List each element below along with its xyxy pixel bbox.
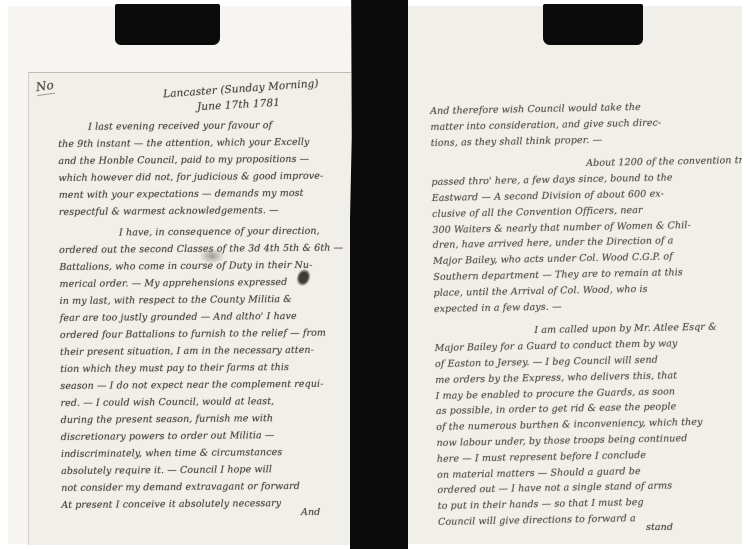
paragraph: And therefore wish Council would take th… (430, 98, 741, 151)
left-page-catchword: And (301, 507, 320, 518)
paragraph: I am called upon by Mr. Atlee Esqr &Majo… (434, 319, 742, 530)
paragraph: About 1200 of the convention troops,pass… (431, 153, 742, 317)
letter-page-left: No Lancaster (Sunday Morning) June 17th … (28, 72, 351, 545)
ink-smudge (199, 248, 225, 264)
scanned-letter-image: No Lancaster (Sunday Morning) June 17th … (0, 0, 748, 549)
letter-page-right: And therefore wish Council would take th… (408, 6, 742, 544)
manuscript-line: their present situation, I am in the nec… (60, 341, 351, 361)
right-page-body-text: And therefore wish Council would take th… (430, 98, 742, 531)
corner-annotation: No (35, 78, 55, 96)
manuscript-line: season — I do not expect near the comple… (60, 375, 351, 395)
heading-date-line: June 17th 1781 (197, 97, 281, 113)
redaction-strip-center (350, 0, 408, 549)
redaction-mark-top-right (543, 4, 643, 45)
manuscript-line: respectful & warmest acknowledgements. — (59, 201, 351, 221)
redaction-mark-top-left (115, 4, 220, 45)
manuscript-line: which however did not, for judicious & g… (58, 167, 351, 187)
left-page-body-text: I last evening received your favour ofth… (58, 116, 351, 514)
paragraph: I have, in consequence of your direction… (59, 222, 351, 514)
right-page-catchword: stand (646, 522, 673, 533)
heading-place-line: Lancaster (Sunday Morning) (163, 78, 319, 101)
paragraph: I last evening received your favour ofth… (58, 116, 351, 221)
